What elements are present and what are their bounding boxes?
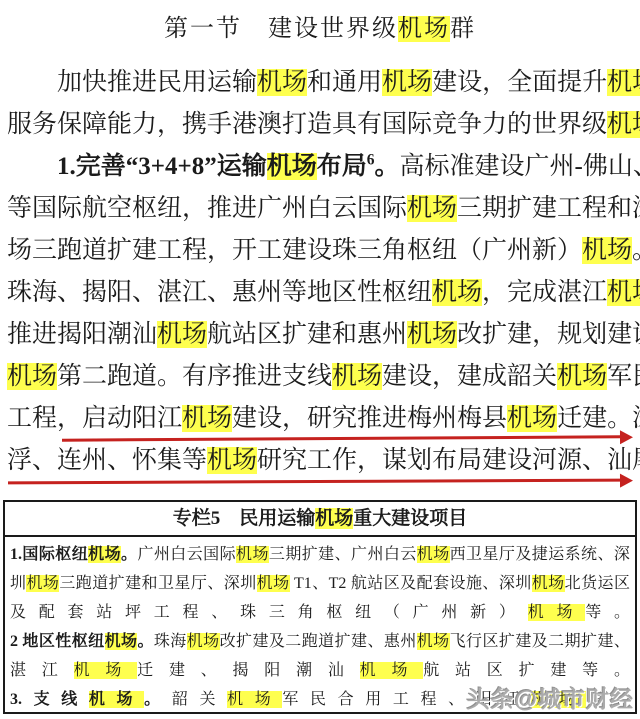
text-line: 机场第二跑道。有序推进支线机场建设，建成韶关机场军民合用: [7, 356, 633, 398]
text-line: 1.完善“3+4+8”运输机场布局6。高标准建设广州-佛山、深圳: [7, 146, 633, 188]
text-run: 和通用: [307, 69, 382, 96]
text-run: T1、T2 航站区及配套设施、深圳: [290, 575, 532, 592]
text-run: 机场: [207, 447, 257, 474]
text-run: 研究工作，谋划布局建设河源、汕尾: [257, 447, 640, 474]
text-run: 等国际航空枢纽，推进广州白云国际: [7, 195, 407, 222]
text-run: 。培育: [632, 237, 640, 264]
text-run: 机场: [74, 662, 138, 679]
text-run: 机场: [88, 546, 121, 563]
text-run: 布局: [317, 153, 367, 180]
text-run: ，完成湛江: [482, 279, 607, 306]
text-run: 机场: [157, 321, 207, 348]
text-run: 机场: [532, 575, 565, 592]
text-run: 改扩建及二跑道扩建、惠州: [220, 633, 417, 650]
text-run: 机场: [182, 405, 232, 432]
text-run: 服务保障能力，携手港澳打造具有国际竞争力的世界级: [7, 111, 607, 138]
watermark: 头条@城市财经: [467, 681, 634, 714]
text-run: 群: [450, 16, 476, 42]
text-line: 1.国际枢纽机场。广州白云国际机场三期扩建、广州白云机场西卫星厅及捷运系统、深: [10, 540, 630, 569]
text-line: 2 地区性枢纽机场。珠海机场改扩建及二跑道扩建、惠州机场飞行区扩建及二期扩建、: [10, 627, 630, 656]
text-run: 航站区扩建和惠州: [207, 321, 407, 348]
text-run: 1.完善“3+4+8”运输: [57, 153, 267, 180]
text-run: 工程，启动阳江: [7, 405, 182, 432]
text-run: 机场: [267, 153, 317, 180]
body-paragraphs: 加快推进民用运输机场和通用机场建设，全面提升机场综合服务保障能力，携手港澳打造具…: [7, 62, 633, 482]
text-run: 改扩建，规划建设珠海: [457, 321, 640, 348]
text-run: 3.支线: [10, 691, 89, 708]
text-run: 机场: [557, 363, 607, 390]
text-run: 机场: [236, 546, 269, 563]
text-run: 重大建设项目: [353, 508, 467, 529]
text-run: 韶关: [172, 691, 227, 708]
text-line: 圳机场三跑道扩建和卫星厅、深圳机场 T1、T2 航站区及配套设施、深圳机场北货运…: [10, 569, 630, 598]
text-line: 服务保障能力，携手港澳打造具有国际竞争力的世界级机场群。: [7, 104, 633, 146]
text-run: 北货运区: [565, 575, 630, 592]
text-run: 迁建。深化云: [557, 405, 640, 432]
text-run: 迁建、揭阳潮汕: [137, 662, 360, 679]
text-line: 加快推进民用运输机场和通用机场建设，全面提升机场综合: [7, 62, 633, 104]
text-run: 航站区扩建等。: [423, 662, 630, 679]
text-run: 机场: [607, 279, 640, 306]
text-run: 2 地区性枢纽: [10, 633, 105, 650]
text-line: 工程，启动阳江机场建设，研究推进梅州梅县机场迁建。深化云: [7, 398, 633, 440]
text-run: 机场: [257, 575, 290, 592]
text-run: 圳: [10, 575, 26, 592]
text-run: 建设，建成韶关: [382, 363, 557, 390]
text-run: 珠海: [154, 633, 187, 650]
text-run: 西卫星厅及捷运系统、深: [450, 546, 630, 563]
text-run: 机场: [398, 16, 450, 42]
text-line: 浮、连州、怀集等机场研究工作，谋划布局建设河源、汕尾机场。: [7, 440, 633, 482]
text-run: 三期扩建工程和深圳机: [457, 195, 640, 222]
text-run: 机场: [582, 237, 632, 264]
text-line: 珠海、揭阳、湛江、惠州等地区性枢纽机场，完成湛江机场迁建，: [7, 272, 633, 314]
section-title: 第一节 建设世界级机场群: [0, 8, 640, 43]
text-line: 等国际航空枢纽，推进广州白云国际机场三期扩建工程和深圳机: [7, 188, 633, 230]
text-run: 建设，研究推进梅州梅县: [232, 405, 507, 432]
text-run: 机场: [257, 69, 307, 96]
text-run: 第一节 建设世界级: [164, 16, 398, 42]
text-run: 场三跑道扩建工程，开工建设珠三角枢纽（广州新）: [7, 237, 582, 264]
text-run: 湛江: [10, 662, 74, 679]
text-run: 机场: [26, 575, 59, 592]
text-line: 场三跑道扩建工程，开工建设珠三角枢纽（广州新）机场。培育: [7, 230, 633, 272]
text-run: 。: [144, 691, 172, 708]
text-run: 专栏5 民用运输: [173, 508, 316, 529]
text-run: 机场: [407, 195, 457, 222]
text-run: 机场: [432, 279, 482, 306]
text-run: 机场: [382, 69, 432, 96]
text-run: 军民合用: [607, 363, 640, 390]
text-run: 机场: [528, 604, 586, 621]
text-run: 三期扩建、广州白云: [269, 546, 417, 563]
text-run: 珠海、揭阳、湛江、惠州等地区性枢纽: [7, 279, 432, 306]
text-run: 。: [375, 153, 400, 180]
text-run: 机场: [407, 321, 457, 348]
text-run: 第二跑道。有序推进支线: [57, 363, 332, 390]
text-run: 机场: [417, 633, 450, 650]
text-run: 。: [137, 633, 153, 650]
text-run: 机场: [332, 363, 382, 390]
text-run: 机场: [360, 662, 424, 679]
text-run: 推进揭阳潮汕: [7, 321, 157, 348]
text-line: 推进揭阳潮汕机场航站区扩建和惠州机场改扩建，规划建设珠海: [7, 314, 633, 356]
text-run: 机场: [105, 633, 138, 650]
text-run: 。: [121, 546, 137, 563]
text-run: 机场: [187, 633, 220, 650]
text-run: 三跑道扩建和卫星厅、深圳: [59, 575, 256, 592]
text-run: 6: [367, 152, 375, 169]
text-run: 机场: [89, 691, 144, 708]
text-run: 机场: [315, 508, 353, 529]
text-run: 浮、连州、怀集等: [7, 447, 207, 474]
text-run: 机场: [7, 363, 57, 390]
column-box-header: 专栏5 民用运输机场重大建设项目: [5, 502, 635, 537]
text-run: 机场: [227, 691, 282, 708]
text-run: 飞行区扩建及二期扩建、: [450, 633, 630, 650]
text-run: 1.国际枢纽: [10, 546, 88, 563]
text-run: 加快推进民用运输: [57, 69, 257, 96]
text-run: 广州白云国际: [137, 546, 236, 563]
text-run: 机场: [607, 111, 640, 138]
text-run: 等。: [585, 604, 630, 621]
text-run: 高标准建设广州-佛山、深圳: [400, 153, 640, 180]
text-line: 及配套站坪工程、珠三角枢纽（广州新）机场等。: [10, 598, 630, 627]
text-run: 机场: [607, 69, 640, 96]
text-run: 及配套站坪工程、珠三角枢纽（广州新）: [10, 604, 528, 621]
text-run: 建设，全面提升: [432, 69, 607, 96]
text-run: 机场: [507, 405, 557, 432]
text-run: 机场: [417, 546, 450, 563]
